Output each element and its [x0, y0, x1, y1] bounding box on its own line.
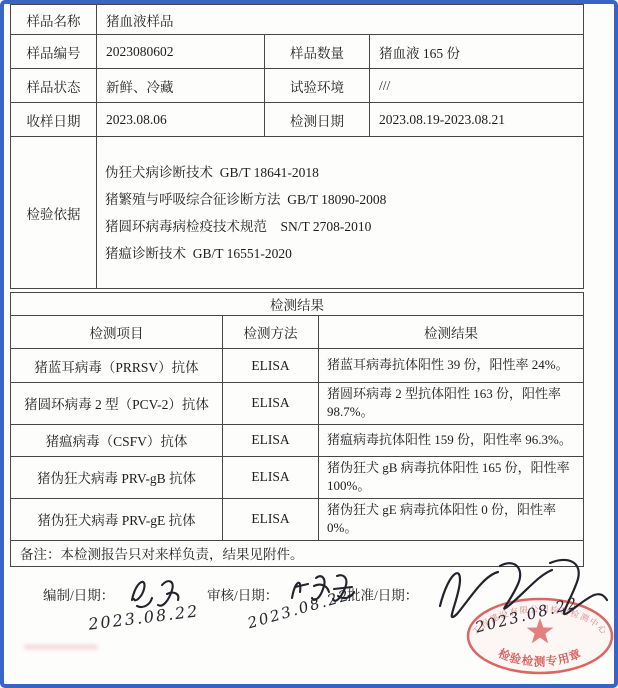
- table-row: 猪伪狂犬病毒 PRV-gE 抗体 ELISA 猪伪狂犬 gE 病毒抗体阳性 0 …: [11, 498, 584, 540]
- sample-qty-value: 猪血液 165 份: [370, 35, 584, 69]
- table-row: 猪圆环病毒 2 型（PCV-2）抗体 ELISA 猪圆环病毒 2 型抗体阳性 1…: [11, 383, 584, 425]
- result-text: 猪瘟病毒抗体阳性 159 份，阳性率 96.3%。: [319, 424, 584, 456]
- sample-no-label: 样品编号: [11, 35, 97, 69]
- header-result: 检测结果: [319, 316, 584, 349]
- sample-name-label: 样品名称: [11, 5, 97, 35]
- table-row: 样品编号 2023080602 样品数量 猪血液 165 份: [11, 35, 584, 69]
- result-item: 猪伪狂犬病毒 PRV-gB 抗体: [11, 456, 223, 498]
- result-text: 猪蓝耳病毒抗体阳性 39 份，阳性率 24%。: [319, 349, 584, 383]
- result-item: 猪圆环病毒 2 型（PCV-2）抗体: [11, 383, 223, 425]
- table-row: 猪伪狂犬病毒 PRV-gB 抗体 ELISA 猪伪狂犬 gB 病毒抗体阳性 16…: [11, 456, 584, 498]
- sample-qty-label: 样品数量: [265, 35, 370, 69]
- sample-info-table: 样品名称 猪血液样品 样品编号 2023080602 样品数量 猪血液 165 …: [10, 4, 584, 289]
- table-row: 样品名称 猪血液样品: [11, 5, 584, 35]
- prepared-by-label: 编制/日期：: [43, 584, 114, 604]
- test-env-value: ///: [370, 69, 584, 103]
- header-item: 检测项目: [11, 316, 223, 349]
- reviewed-by-label: 审核/日期：: [207, 584, 278, 604]
- sample-state-label: 样品状态: [11, 69, 97, 103]
- table-row: 检测结果: [11, 293, 584, 316]
- sample-state-value: 新鲜、冷藏: [97, 69, 265, 103]
- results-section-title: 检测结果: [11, 293, 584, 316]
- sample-name-value: 猪血液样品: [97, 5, 584, 35]
- result-text: 猪伪狂犬 gE 病毒抗体阳性 0 份，阳性率 0%。: [319, 498, 584, 540]
- test-date-label: 检测日期: [265, 103, 370, 137]
- result-method: ELISA: [223, 383, 319, 425]
- table-row: 猪蓝耳病毒（PRRSV）抗体 ELISA 猪蓝耳病毒抗体阳性 39 份，阳性率 …: [11, 349, 584, 383]
- header-method: 检测方法: [223, 316, 319, 349]
- preparer-signature-handwriting: [124, 570, 194, 618]
- basis-cell: 伪狂犬病诊断技术 GB/T 18641-2018 猪繁殖与呼吸综合征诊断方法 G…: [97, 137, 584, 289]
- result-text: 猪圆环病毒 2 型抗体阳性 163 份，阳性率 98.7%。: [319, 383, 584, 425]
- table-row: 检测项目 检测方法 检测结果: [11, 316, 584, 349]
- basis-line: 猪繁殖与呼吸综合征诊断方法 GB/T 18090-2008: [105, 186, 577, 213]
- table-row: 检验依据 伪狂犬病诊断技术 GB/T 18641-2018 猪繁殖与呼吸综合征诊…: [11, 137, 584, 289]
- table-row: 收样日期 2023.08.06 检测日期 2023.08.19-2023.08.…: [11, 103, 584, 137]
- result-item: 猪伪狂犬病毒 PRV-gE 抗体: [11, 498, 223, 540]
- basis-line: 伪狂犬病诊断技术 GB/T 18641-2018: [105, 159, 577, 186]
- reviewer-signature-handwriting: [286, 566, 364, 616]
- result-item: 猪蓝耳病毒（PRRSV）抗体: [11, 349, 223, 383]
- test-env-label: 试验环境: [265, 69, 370, 103]
- result-text: 猪伪狂犬 gB 病毒抗体阳性 165 份，阳性率 100%。: [319, 456, 584, 498]
- ink-smudge: [24, 645, 98, 649]
- table-row: 猪瘟病毒（CSFV）抗体 ELISA 猪瘟病毒抗体阳性 159 份，阳性率 96…: [11, 424, 584, 456]
- basis-label: 检验依据: [11, 137, 97, 289]
- result-method: ELISA: [223, 498, 319, 540]
- receive-date-label: 收样日期: [11, 103, 97, 137]
- basis-line: 猪瘟诊断技术 GB/T 16551-2020: [105, 240, 577, 267]
- basis-line: 猪圆环病毒病检疫技术规范 SN/T 2708-2010: [105, 213, 577, 240]
- sample-no-value: 2023080602: [97, 35, 265, 69]
- result-method: ELISA: [223, 456, 319, 498]
- results-table: 检测结果 检测项目 检测方法 检测结果 猪蓝耳病毒（PRRSV）抗体 ELISA…: [10, 292, 584, 567]
- result-method: ELISA: [223, 424, 319, 456]
- result-item: 猪瘟病毒（CSFV）抗体: [11, 424, 223, 456]
- result-method: ELISA: [223, 349, 319, 383]
- test-date-value: 2023.08.19-2023.08.21: [370, 103, 584, 137]
- receive-date-value: 2023.08.06: [97, 103, 265, 137]
- table-row: 样品状态 新鲜、冷藏 试验环境 ///: [11, 69, 584, 103]
